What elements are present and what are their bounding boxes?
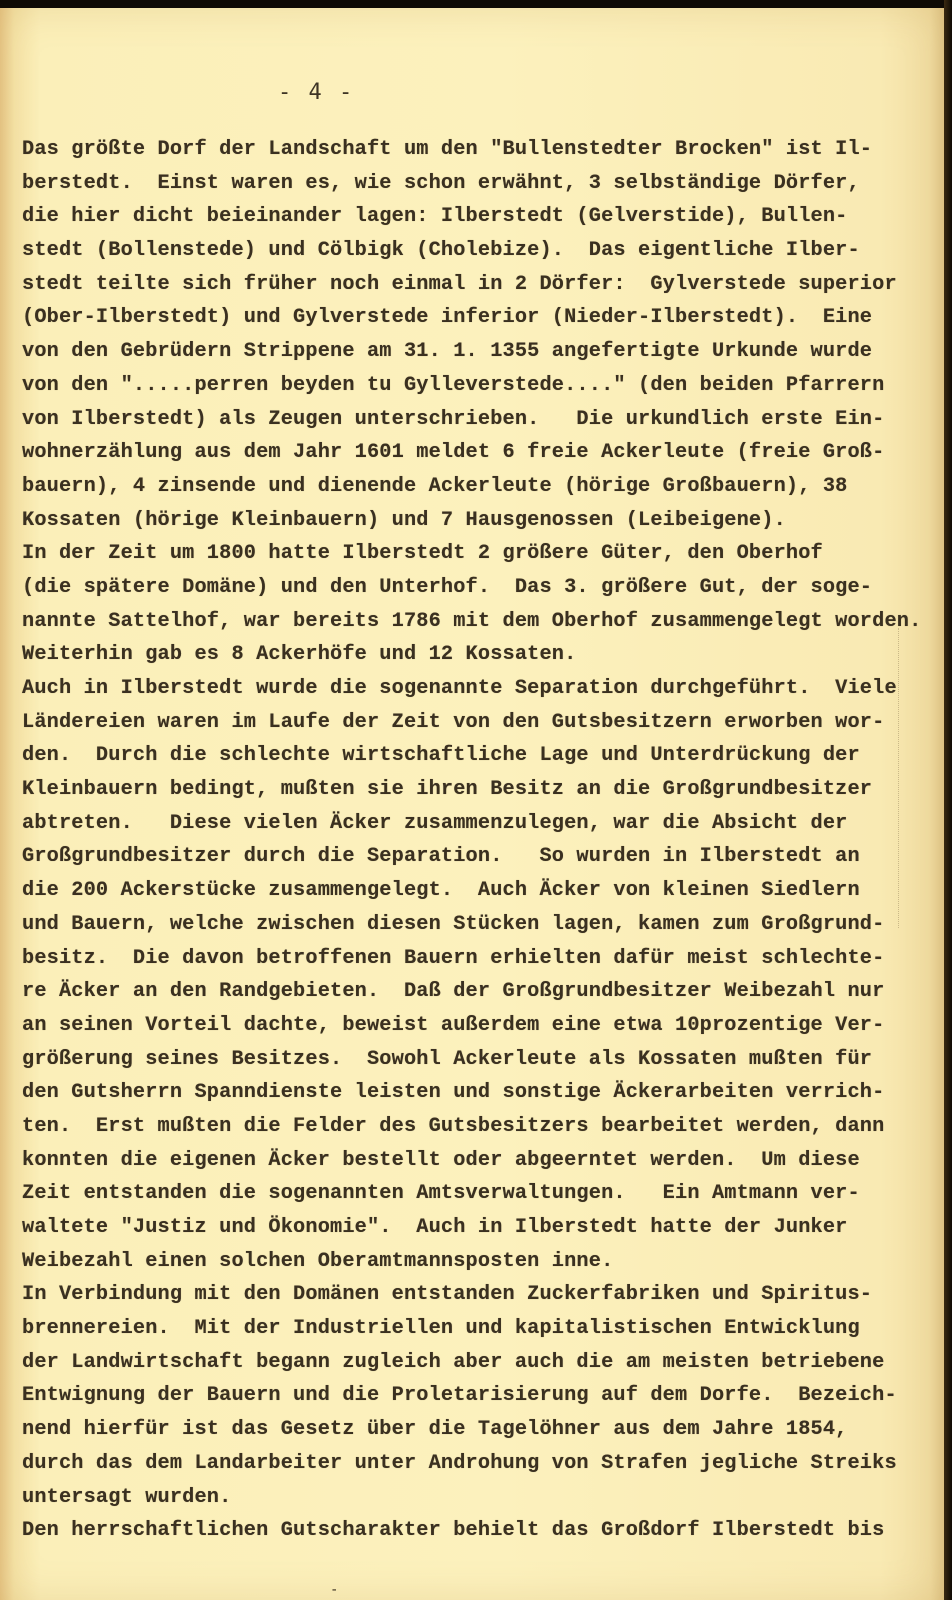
text-line: Großgrundbesitzer durch die Separation. … (22, 840, 902, 874)
text-line: der Landwirtschaft begann zugleich aber … (22, 1346, 902, 1380)
text-line: In Verbindung mit den Domänen entstanden… (22, 1278, 902, 1312)
text-line: und Bauern, welche zwischen diesen Stück… (22, 908, 902, 942)
body-text: Das größte Dorf der Landschaft um den "B… (22, 133, 902, 1548)
text-line: Den herrschaftlichen Gutscharakter behie… (22, 1514, 902, 1548)
text-line: berstedt. Einst waren es, wie schon erwä… (22, 167, 902, 201)
text-line: untersagt wurden. (22, 1481, 902, 1515)
text-line: nend hierfür ist das Gesetz über die Tag… (22, 1413, 902, 1447)
text-line: die hier dicht beieinander lagen: Ilbers… (22, 200, 902, 234)
text-line: Zeit entstanden die sogenannten Amtsverw… (22, 1177, 902, 1211)
scan-right-edge (944, 0, 952, 1600)
text-line: Kossaten (hörige Kleinbauern) und 7 Haus… (22, 504, 902, 538)
text-line: (Ober-Ilberstedt) und Gylverstede inferi… (22, 301, 902, 335)
text-line: Auch in Ilberstedt wurde die sogenannte … (22, 672, 902, 706)
text-line: konnten die eigenen Äcker bestellt oder … (22, 1144, 902, 1178)
text-line: stedt (Bollenstede) und Cölbigk (Cholebi… (22, 234, 902, 268)
text-line: In der Zeit um 1800 hatte Ilberstedt 2 g… (22, 537, 902, 571)
footer-mark: - (330, 1582, 338, 1598)
text-line: (die spätere Domäne) und den Unterhof. D… (22, 571, 902, 605)
text-line: von Ilberstedt) als Zeugen unterschriebe… (22, 403, 902, 437)
text-line: stedt teilte sich früher noch einmal in … (22, 268, 902, 302)
text-line: von den Gebrüdern Strippene am 31. 1. 13… (22, 335, 902, 369)
text-line: besitz. Die davon betroffenen Bauern erh… (22, 942, 902, 976)
text-line: Ländereien waren im Laufe der Zeit von d… (22, 706, 902, 740)
text-line: Weibezahl einen solchen Oberamtmannspost… (22, 1245, 902, 1279)
text-line: bauern), 4 zinsende und dienende Ackerle… (22, 470, 902, 504)
text-line: brennereien. Mit der Industriellen und k… (22, 1312, 902, 1346)
text-line: den Gutsherrn Spanndienste leisten und s… (22, 1076, 902, 1110)
text-line: nannte Sattelhof, war bereits 1786 mit d… (22, 605, 902, 639)
text-line: waltete "Justiz und Ökonomie". Auch in I… (22, 1211, 902, 1245)
text-line: den. Durch die schlechte wirtschaftliche… (22, 739, 902, 773)
text-line: Kleinbauern bedingt, mußten sie ihren Be… (22, 773, 902, 807)
text-line: Entwignung der Bauern und die Proletaris… (22, 1379, 902, 1413)
text-line: durch das dem Landarbeiter unter Androhu… (22, 1447, 902, 1481)
text-line: re Äcker an den Randgebieten. Daß der Gr… (22, 975, 902, 1009)
text-line: Das größte Dorf der Landschaft um den "B… (22, 133, 902, 167)
text-line: an seinen Vorteil dachte, beweist außerd… (22, 1009, 902, 1043)
text-line: größerung seines Besitzes. Sowohl Ackerl… (22, 1043, 902, 1077)
text-line: Weiterhin gab es 8 Ackerhöfe und 12 Koss… (22, 638, 902, 672)
text-line: abtreten. Diese vielen Äcker zusammenzul… (22, 807, 902, 841)
page-number: - 4 - (278, 80, 354, 105)
text-line: wohnerzählung aus dem Jahr 1601 meldet 6… (22, 436, 902, 470)
text-line: von den ".....perren beyden tu Gyllevers… (22, 369, 902, 403)
text-line: ten. Erst mußten die Felder des Gutsbesi… (22, 1110, 902, 1144)
text-line: die 200 Ackerstücke zusammengelegt. Auch… (22, 874, 902, 908)
